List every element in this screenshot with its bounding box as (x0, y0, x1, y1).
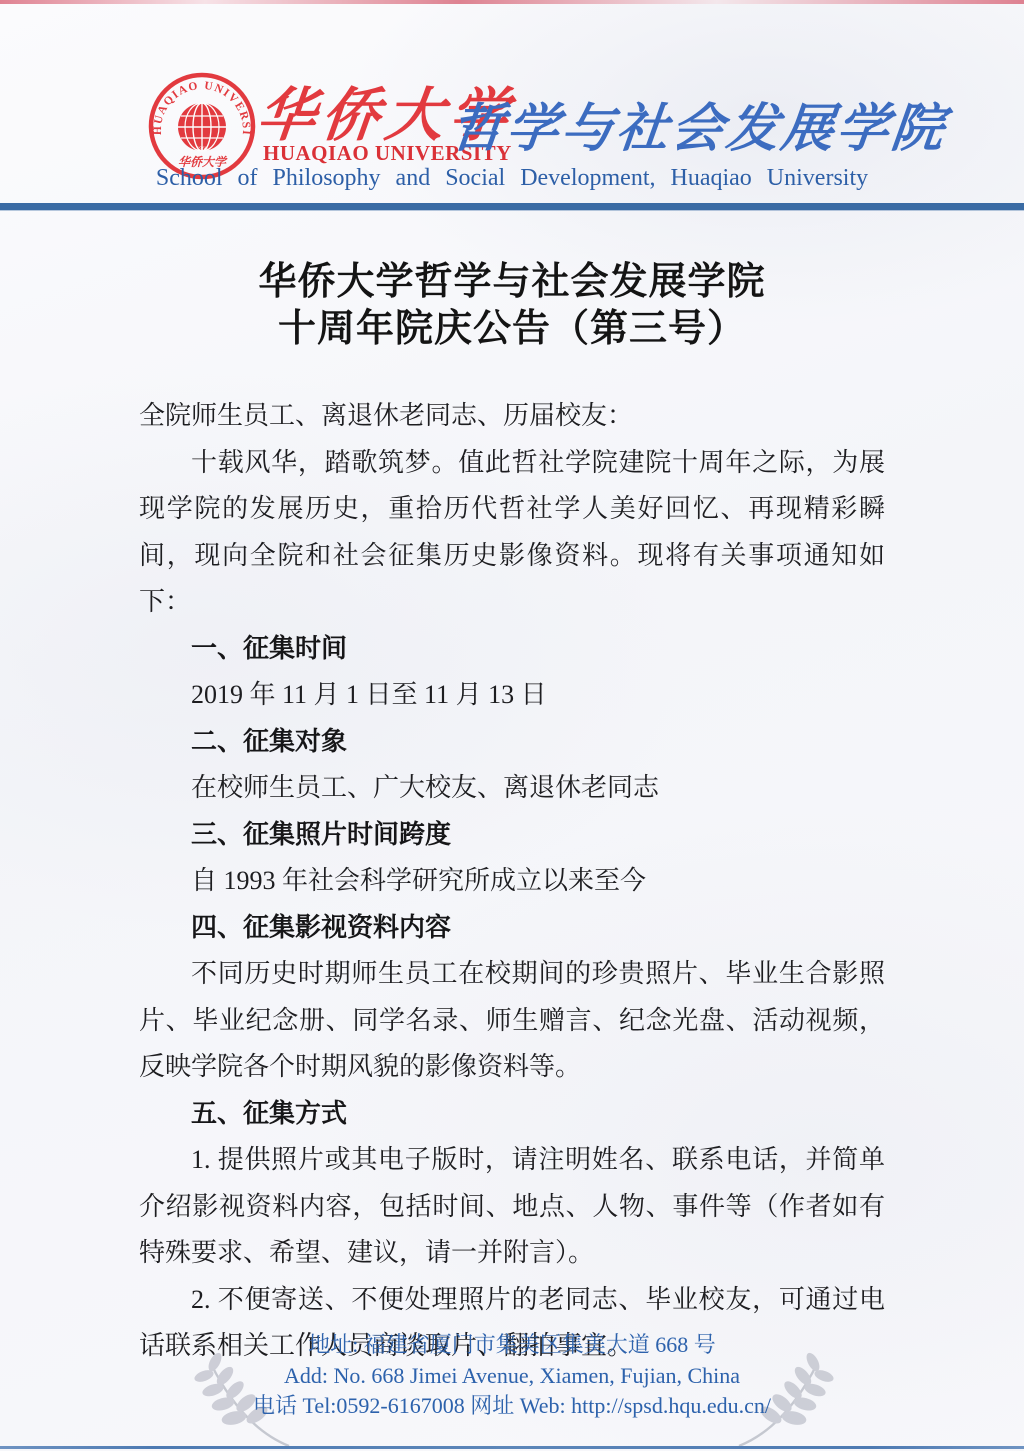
footer-divider-rule (0, 1446, 1024, 1449)
header-divider-rule (0, 203, 1024, 210)
section-3-heading: 三、征集照片时间跨度 (139, 812, 885, 859)
seal-globe-icon (178, 103, 226, 151)
section-4-content: 不同历史时期师生员工在校期间的珍贵照片、毕业生合影照片、毕业纪念册、同学名录、师… (139, 951, 885, 1091)
school-name-english: School of Philosophy and Social Developm… (0, 165, 1024, 192)
letterfoot: 地址: 福建省厦门市集美区集美大道 668 号 Add: No. 668 Jim… (0, 1330, 1024, 1440)
footer-tel-web: 电话 Tel:0592-6167008 网址 Web: http://spsd.… (0, 1391, 1024, 1422)
section-2-content: 在校师生员工、广大校友、离退休老同志 (139, 765, 885, 812)
school-name-calligraphy: 哲学与社会发展学院 (448, 86, 926, 161)
scanned-announcement-page: HUAQIAO UNIVERSITY 1960 华侨大学 华侨大学 HUAQIA… (0, 0, 1024, 1451)
salutation: 全院师生员工、离退休老同志、历届校友： (139, 393, 885, 440)
letterhead: HUAQIAO UNIVERSITY 1960 华侨大学 华侨大学 HUAQIA… (0, 0, 1024, 212)
title-line-2: 十周年院庆公告（第三号） (0, 305, 1024, 352)
section-2-heading: 二、征集对象 (139, 719, 885, 766)
section-5-paragraph-1: 1. 提供照片或其电子版时，请注明姓名、联系电话，并简单介绍影视资料内容，包括时… (139, 1137, 885, 1277)
section-1-heading: 一、征集时间 (139, 626, 885, 673)
announcement-title: 华侨大学哲学与社会发展学院 十周年院庆公告（第三号） (0, 258, 1024, 352)
footer-address-en: Add: No. 668 Jimei Avenue, Xiamen, Fujia… (0, 1361, 1024, 1392)
section-4-heading: 四、征集影视资料内容 (139, 905, 885, 952)
section-1-content: 2019 年 11 月 1 日至 11 月 13 日 (139, 672, 885, 719)
section-5-heading: 五、征集方式 (139, 1091, 885, 1138)
title-line-1: 华侨大学哲学与社会发展学院 (0, 258, 1024, 305)
seal-year: 1960 (197, 146, 208, 152)
announcement-body: 全院师生员工、离退休老同志、历届校友： 十载风华，踏歌筑梦。值此哲社学院建院十周… (139, 393, 885, 1370)
footer-address-cn: 地址: 福建省厦门市集美区集美大道 668 号 (0, 1330, 1024, 1361)
intro-paragraph: 十载风华，踏歌筑梦。值此哲社学院建院十周年之际，为展现学院的发展历史，重拾历代哲… (139, 440, 885, 626)
section-3-content: 自 1993 年社会科学研究所成立以来至今 (139, 858, 885, 905)
